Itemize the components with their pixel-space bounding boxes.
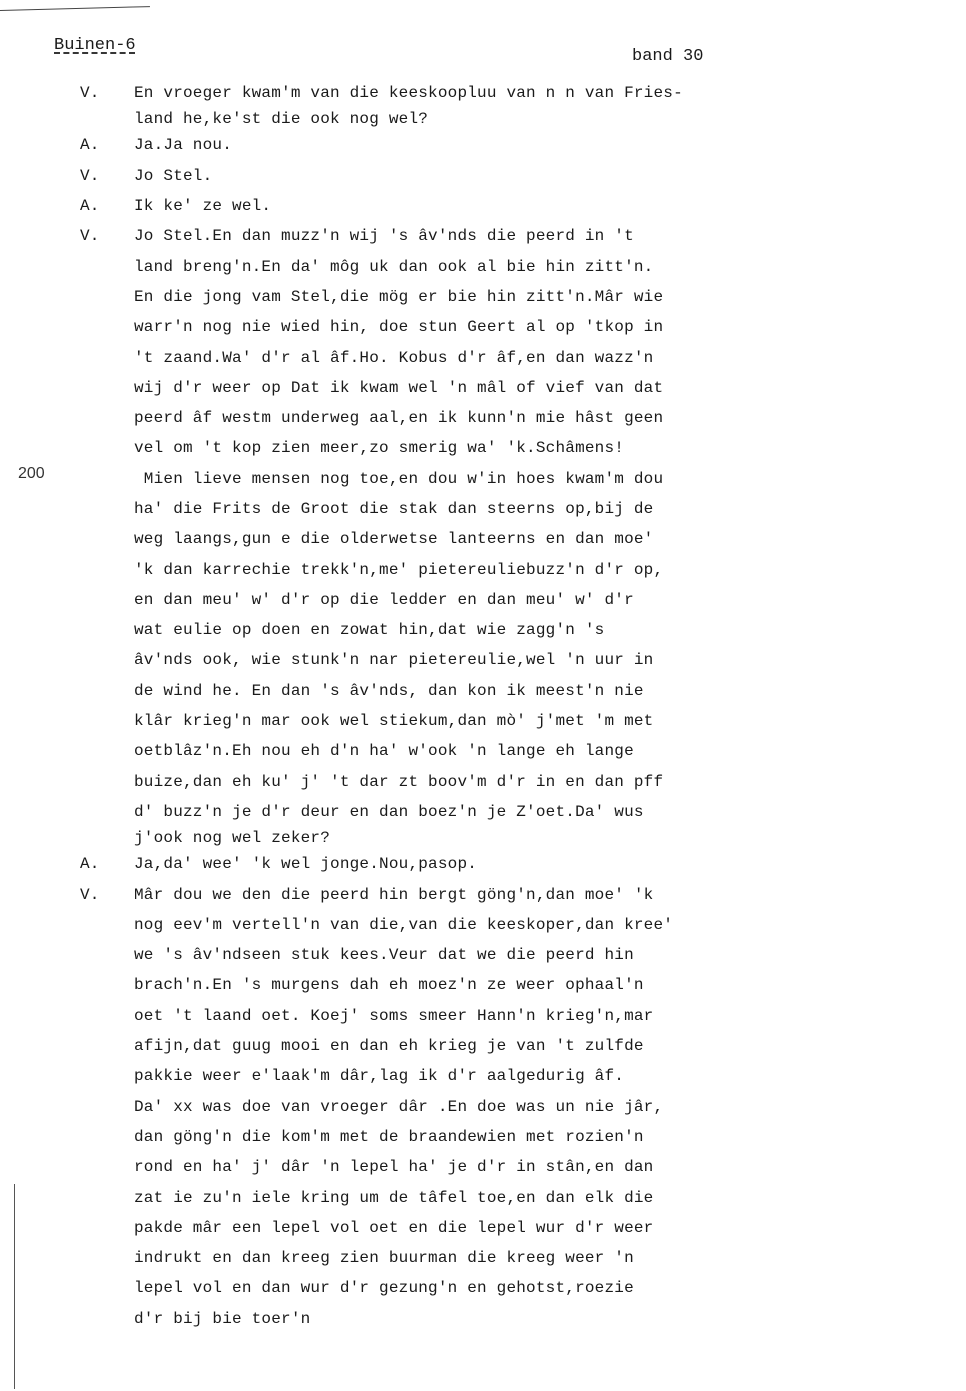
transcript-line: we 's âv'ndseen stuk kees.Veur dat we di… bbox=[80, 940, 740, 970]
speaker-label: V. bbox=[80, 227, 134, 245]
line-text: nog eev'm vertell'n van die,van die kees… bbox=[134, 916, 740, 934]
line-text: En vroeger kwam'm van die keeskoopluu va… bbox=[134, 84, 740, 102]
line-text: âv'nds ook, wie stunk'n nar pietereulie,… bbox=[134, 651, 740, 669]
line-text: wij d'r weer op Dat ik kwam wel 'n mâl o… bbox=[134, 379, 740, 397]
line-text: land breng'n.En da' môg uk dan ook al bi… bbox=[134, 258, 740, 276]
transcript-line: En die jong vam Stel,die mög er bie hin … bbox=[80, 282, 740, 312]
speaker-label: A. bbox=[80, 855, 134, 873]
transcript-line: 'k dan karrechie trekk'n,me' pietereulie… bbox=[80, 554, 740, 584]
line-text: vel om 't kop zien meer,zo smerig wa' 'k… bbox=[134, 439, 740, 457]
transcript-line: nog eev'm vertell'n van die,van die kees… bbox=[80, 910, 740, 940]
transcript-line: V.Jo Stel.En dan muzz'n wij 's âv'nds di… bbox=[80, 221, 740, 251]
transcript-line: warr'n nog nie wied hin, doe stun Geert … bbox=[80, 312, 740, 342]
line-text: d'r bij bie toer'n bbox=[134, 1310, 740, 1328]
line-text: rond en ha' j' dâr 'n lepel ha' je d'r i… bbox=[134, 1158, 740, 1176]
line-text: zat ie zu'n iele kring um de tâfel toe,e… bbox=[134, 1189, 740, 1207]
transcript-line: rond en ha' j' dâr 'n lepel ha' je d'r i… bbox=[80, 1152, 740, 1182]
transcript-body: V.En vroeger kwam'm van die keeskoopluu … bbox=[80, 78, 740, 1334]
transcript-line: zat ie zu'n iele kring um de tâfel toe,e… bbox=[80, 1182, 740, 1212]
transcript-line: vel om 't kop zien meer,zo smerig wa' 'k… bbox=[80, 433, 740, 463]
transcript-line: ha' die Frits de Groot die stak dan stee… bbox=[80, 494, 740, 524]
line-text: buize,dan eh ku' j' 't dar zt boov'm d'r… bbox=[134, 773, 740, 791]
transcript-line: âv'nds ook, wie stunk'n nar pietereulie,… bbox=[80, 645, 740, 675]
transcript-line: peerd âf westm underweg aal,en ik kunn'n… bbox=[80, 403, 740, 433]
transcript-line: 't zaand.Wa' d'r al âf.Ho. Kobus d'r âf,… bbox=[80, 342, 740, 372]
margin-rule bbox=[14, 1184, 15, 1389]
line-text: Jo Stel. bbox=[134, 167, 740, 185]
line-text: oetblâz'n.Eh nou eh d'n ha' w'ook 'n lan… bbox=[134, 742, 740, 760]
line-text: klâr krieg'n mar ook wel stiekum,dan mò'… bbox=[134, 712, 740, 730]
line-text: Ja,da' wee' 'k wel jonge.Nou,pasop. bbox=[134, 855, 740, 873]
line-text: Ik ke' ze wel. bbox=[134, 197, 740, 215]
line-text: d' buzz'n je d'r deur en dan boez'n je Z… bbox=[134, 803, 740, 821]
line-text: Mien lieve mensen nog toe,en dou w'in ho… bbox=[134, 470, 740, 488]
transcript-line: A.Ja,da' wee' 'k wel jonge.Nou,pasop. bbox=[80, 849, 740, 879]
transcript-line: indrukt en dan kreeg zien buurman die kr… bbox=[80, 1243, 740, 1273]
line-text: we 's âv'ndseen stuk kees.Veur dat we di… bbox=[134, 946, 740, 964]
transcript-line: Mien lieve mensen nog toe,en dou w'in ho… bbox=[80, 464, 740, 494]
transcript-line: oetblâz'n.Eh nou eh d'n ha' w'ook 'n lan… bbox=[80, 736, 740, 766]
speaker-label: A. bbox=[80, 197, 134, 215]
line-text: dan göng'n die kom'm met de braandewien … bbox=[134, 1128, 740, 1146]
line-text: Ja.Ja nou. bbox=[134, 136, 740, 154]
document-id: Buinen-6 bbox=[54, 36, 136, 55]
line-text: afijn,dat guug mooi en dan eh krieg je v… bbox=[134, 1037, 740, 1055]
line-text: pakkie weer e'laak'm dâr,lag ik d'r aalg… bbox=[134, 1067, 740, 1085]
line-text: land he,ke'st die ook nog wel? bbox=[134, 110, 740, 128]
speaker-label: V. bbox=[80, 167, 134, 185]
transcript-line: d'r bij bie toer'n bbox=[80, 1304, 740, 1334]
transcript-line: dan göng'n die kom'm met de braandewien … bbox=[80, 1122, 740, 1152]
line-text: indrukt en dan kreeg zien buurman die kr… bbox=[134, 1249, 740, 1267]
tape-label: band 30 bbox=[632, 47, 703, 66]
transcript-line: d' buzz'n je d'r deur en dan boez'n je Z… bbox=[80, 797, 740, 827]
transcript-line: V.En vroeger kwam'm van die keeskoopluu … bbox=[80, 78, 740, 108]
line-text: Mâr dou we den die peerd hin bergt göng'… bbox=[134, 886, 740, 904]
transcript-line: brach'n.En 's murgens dah eh moez'n ze w… bbox=[80, 970, 740, 1000]
line-text: 't zaand.Wa' d'r al âf.Ho. Kobus d'r âf,… bbox=[134, 349, 740, 367]
transcript-line: land he,ke'st die ook nog wel? bbox=[80, 108, 740, 130]
speaker-label: V. bbox=[80, 886, 134, 904]
line-text: de wind he. En dan 's âv'nds, dan kon ik… bbox=[134, 682, 740, 700]
line-text: lepel vol en dan wur d'r gezung'n en geh… bbox=[134, 1279, 740, 1297]
transcript-line: afijn,dat guug mooi en dan eh krieg je v… bbox=[80, 1031, 740, 1061]
transcript-line: j'ook nog wel zeker? bbox=[80, 827, 740, 849]
transcript-line: lepel vol en dan wur d'r gezung'n en geh… bbox=[80, 1273, 740, 1303]
transcript-line: Da' xx was doe van vroeger dâr .En doe w… bbox=[80, 1092, 740, 1122]
transcript-line: V.Mâr dou we den die peerd hin bergt gön… bbox=[80, 879, 740, 909]
transcript-line: pakkie weer e'laak'm dâr,lag ik d'r aalg… bbox=[80, 1061, 740, 1091]
speaker-label: V. bbox=[80, 84, 134, 102]
line-text: ha' die Frits de Groot die stak dan stee… bbox=[134, 500, 740, 518]
line-text: weg laangs,gun e die olderwetse lanteern… bbox=[134, 530, 740, 548]
line-text: brach'n.En 's murgens dah eh moez'n ze w… bbox=[134, 976, 740, 994]
line-text: en dan meu' w' d'r op die ledder en dan … bbox=[134, 591, 740, 609]
line-text: pakde mâr een lepel vol oet en die lepel… bbox=[134, 1219, 740, 1237]
transcript-line: pakde mâr een lepel vol oet en die lepel… bbox=[80, 1213, 740, 1243]
transcript-line: oet 't laand oet. Koej' soms smeer Hann'… bbox=[80, 1001, 740, 1031]
line-text: En die jong vam Stel,die mög er bie hin … bbox=[134, 288, 740, 306]
line-text: 'k dan karrechie trekk'n,me' pietereulie… bbox=[134, 561, 740, 579]
line-text: peerd âf westm underweg aal,en ik kunn'n… bbox=[134, 409, 740, 427]
transcript-line: land breng'n.En da' môg uk dan ook al bi… bbox=[80, 251, 740, 281]
margin-line-number: 200 bbox=[18, 465, 45, 483]
transcript-line: en dan meu' w' d'r op die ledder en dan … bbox=[80, 585, 740, 615]
transcript-line: V.Jo Stel. bbox=[80, 161, 740, 191]
line-text: Da' xx was doe van vroeger dâr .En doe w… bbox=[134, 1098, 740, 1116]
transcript-line: wat eulie op doen en zowat hin,dat wie z… bbox=[80, 615, 740, 645]
transcript-line: weg laangs,gun e die olderwetse lanteern… bbox=[80, 524, 740, 554]
transcript-line: A.Ik ke' ze wel. bbox=[80, 191, 740, 221]
transcript-line: A.Ja.Ja nou. bbox=[80, 130, 740, 160]
transcript-line: wij d'r weer op Dat ik kwam wel 'n mâl o… bbox=[80, 373, 740, 403]
transcript-line: buize,dan eh ku' j' 't dar zt boov'm d'r… bbox=[80, 767, 740, 797]
transcript-line: klâr krieg'n mar ook wel stiekum,dan mò'… bbox=[80, 706, 740, 736]
line-text: j'ook nog wel zeker? bbox=[134, 829, 740, 847]
scan-artifact-line bbox=[0, 6, 150, 11]
line-text: wat eulie op doen en zowat hin,dat wie z… bbox=[134, 621, 740, 639]
transcript-line: de wind he. En dan 's âv'nds, dan kon ik… bbox=[80, 676, 740, 706]
speaker-label: A. bbox=[80, 136, 134, 154]
line-text: Jo Stel.En dan muzz'n wij 's âv'nds die … bbox=[134, 227, 740, 245]
line-text: warr'n nog nie wied hin, doe stun Geert … bbox=[134, 318, 740, 336]
line-text: oet 't laand oet. Koej' soms smeer Hann'… bbox=[134, 1007, 740, 1025]
